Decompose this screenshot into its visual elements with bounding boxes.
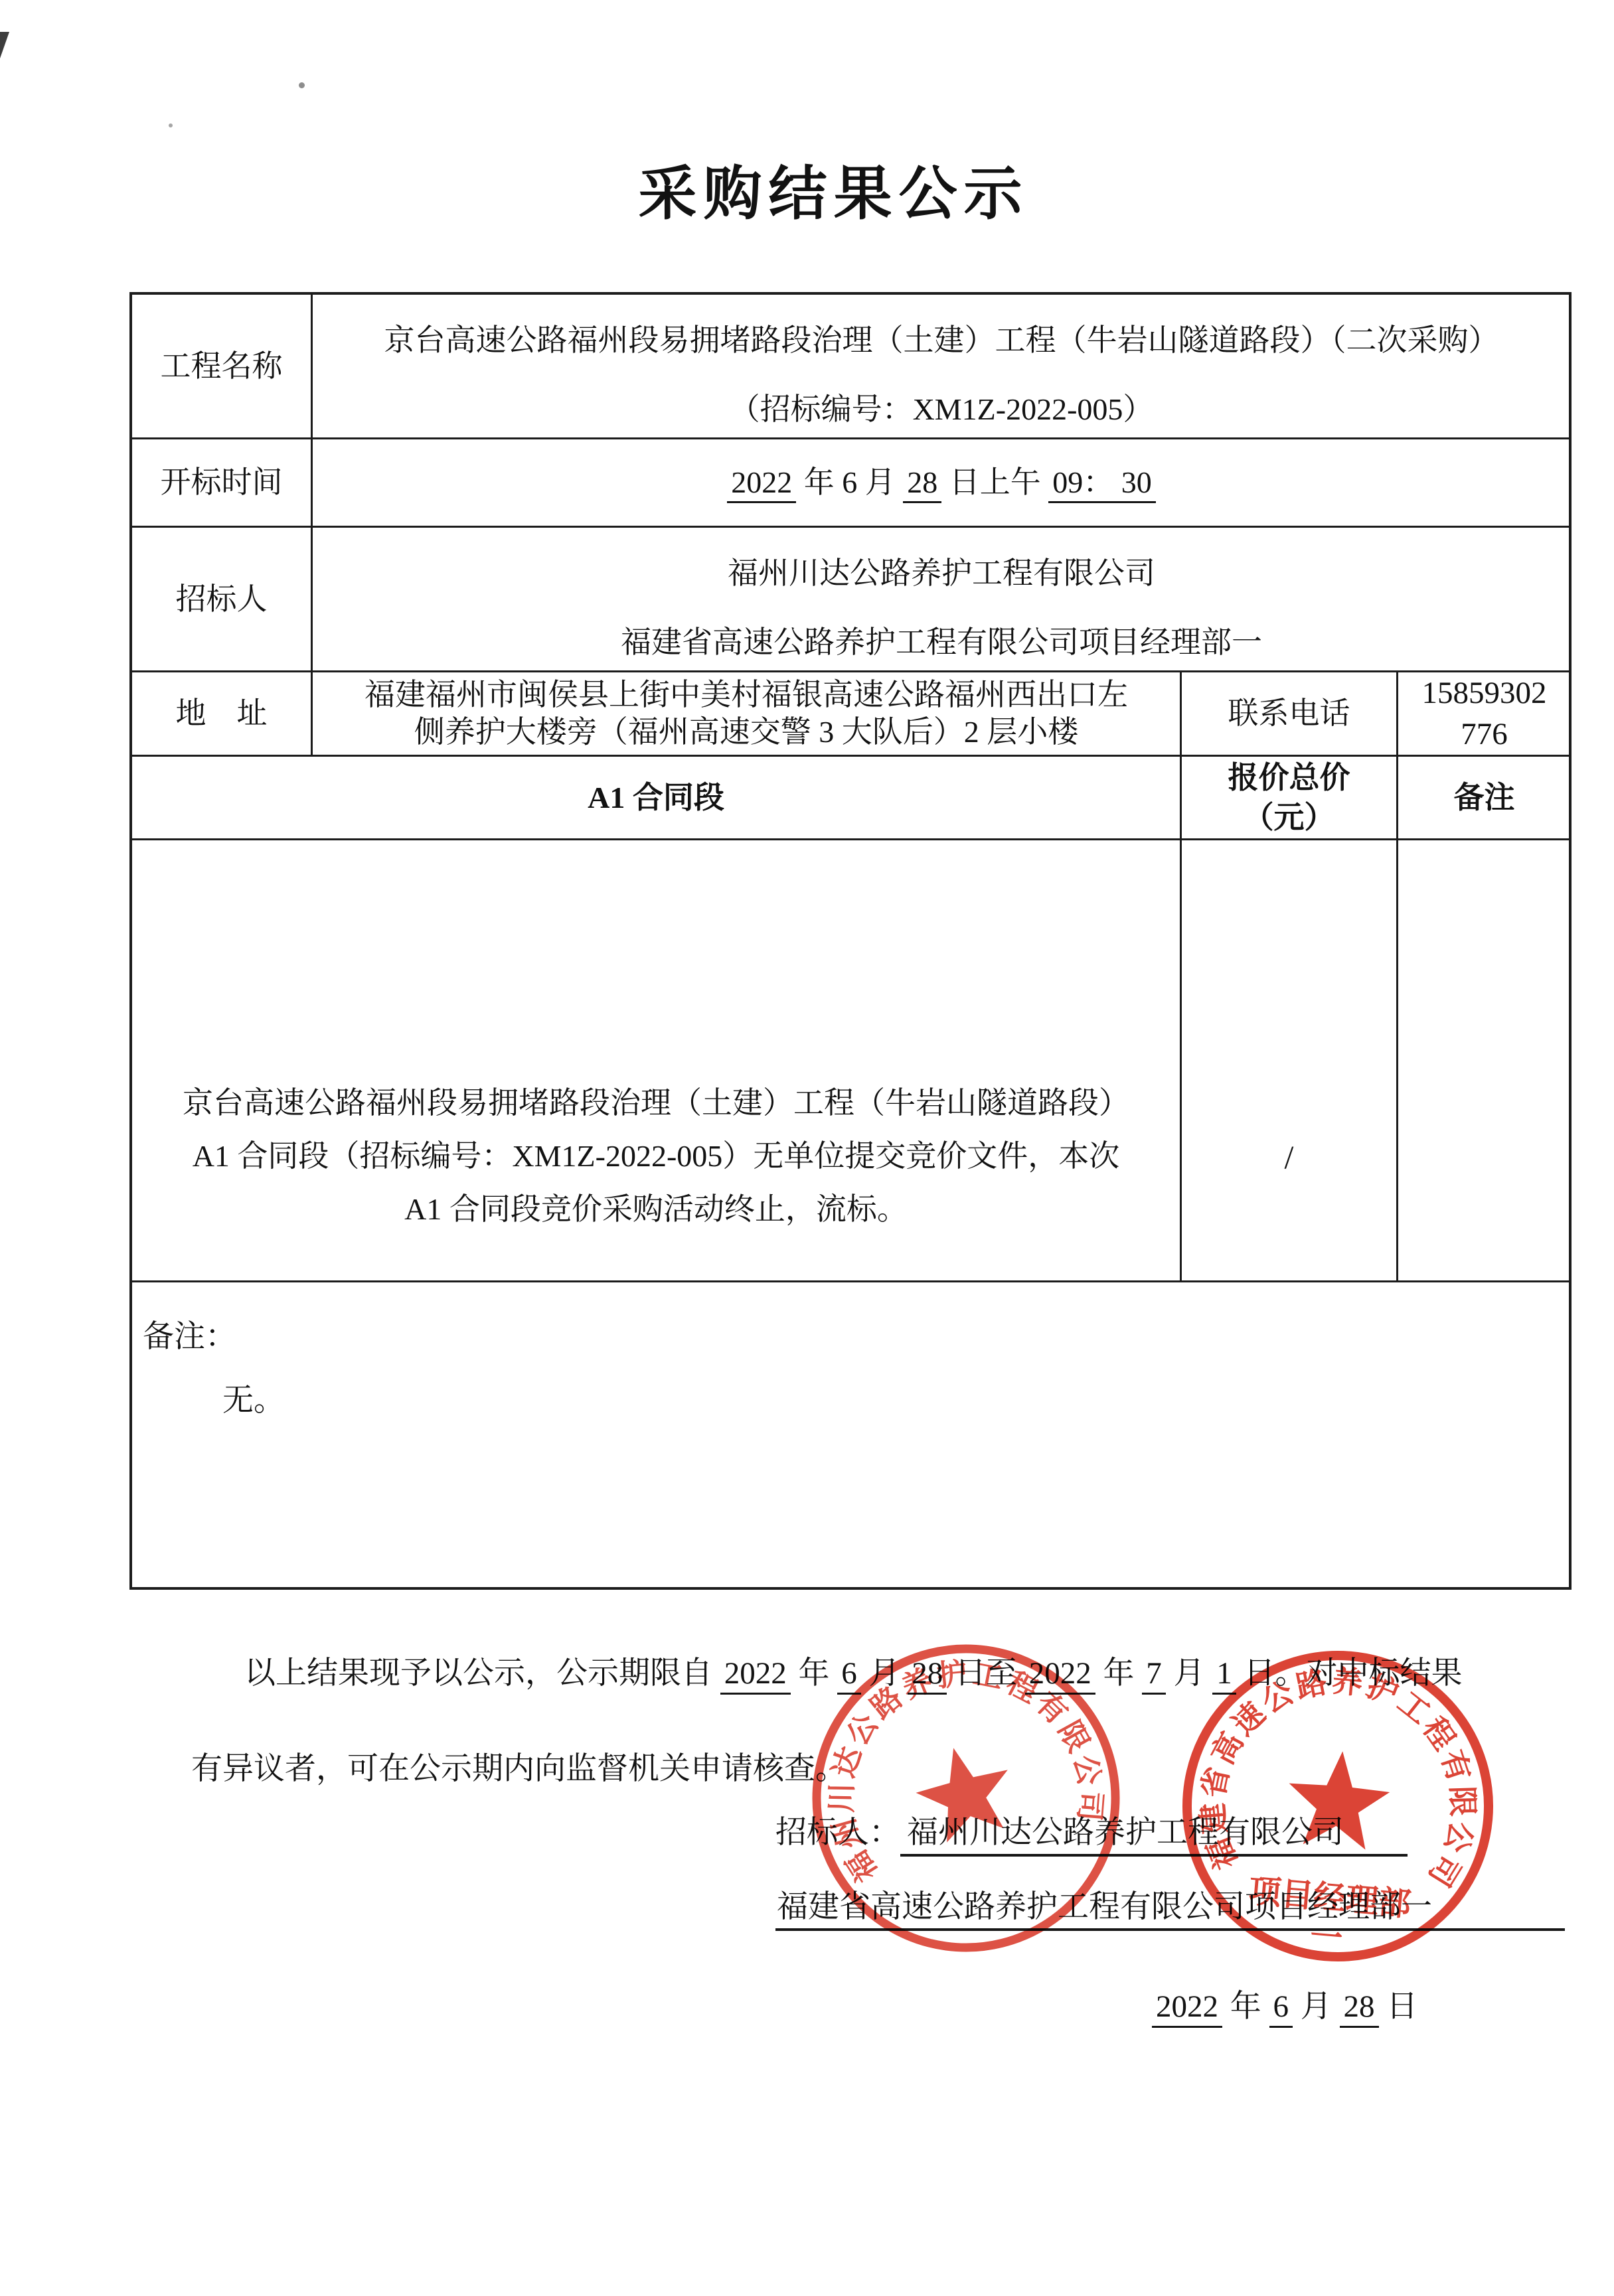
remark-value: [1398, 840, 1570, 1282]
remark-header: 备注: [1398, 757, 1570, 840]
note-label: 备注：: [143, 1305, 1570, 1369]
publicity-paragraph-line2: 有异议者，可在公示期内向监督机关申请核查。: [191, 1746, 847, 1792]
star-icon: [1284, 1747, 1393, 1851]
note-row: 备注： 无。: [132, 1282, 1570, 1587]
scan-dot-artifact: [299, 82, 305, 88]
signature-date: 2022 年 6 月 28 日: [1152, 1983, 1417, 2030]
company-seal-left: 福州川达公路养护工程有限公司: [803, 1636, 1129, 1961]
page-title: 采购结果公示: [27, 158, 1614, 232]
publicity-start-year: 2022: [720, 1656, 791, 1695]
tenderee-label: 招标人: [132, 528, 313, 672]
note-value: 无。: [222, 1369, 1570, 1432]
result-line3: A1 合同段竞价采购活动终止，流标。: [145, 1183, 1167, 1236]
open-time-day: 28: [903, 465, 941, 503]
date-month: 6: [1269, 1989, 1293, 2028]
company-seal-right: 福建省高速公路养护工程有限公司 项目经理部 一: [1174, 1642, 1502, 1970]
tenderee-company1: 福州川达公路养护工程有限公司: [728, 554, 1155, 593]
seal-right-dept-text: 项目经理部: [1247, 1873, 1412, 1923]
address-value: 福建福州市闽侯县上街中美村福银高速公路福州西出口左侧养护大楼旁（福州高速交警 3…: [313, 672, 1182, 757]
project-name-line1: 京台高速公路福州段易拥堵路段治理（土建）工程（牛岩山隧道路段）（二次采购）: [384, 321, 1499, 360]
seal-right-dept-number: 一: [1309, 1918, 1344, 1957]
result-line2: A1 合同段（招标编号：XM1Z-2022-005）无单位提交竞价文件，本次: [145, 1130, 1167, 1183]
result-table: 工程名称 京台高速公路福州段易拥堵路段治理（土建）工程（牛岩山隧道路段）（二次采…: [129, 292, 1572, 1590]
project-name-value: 京台高速公路福州段易拥堵路段治理（土建）工程（牛岩山隧道路段）（二次采购） （招…: [313, 295, 1570, 439]
open-time-year: 2022: [727, 465, 796, 503]
result-line1: 京台高速公路福州段易拥堵路段治理（土建）工程（牛岩山隧道路段）: [145, 1077, 1167, 1130]
scan-corner-artifact: [0, 32, 9, 58]
phone-value: 15859302776: [1398, 672, 1570, 757]
open-time-value: 2022 年 6 月 28 日上午 09： 30: [313, 439, 1570, 528]
open-time-label: 开标时间: [132, 439, 313, 528]
tenderee-value: 福州川达公路养护工程有限公司 福建省高速公路养护工程有限公司项目经理部一: [313, 528, 1570, 672]
star-icon: [908, 1736, 1021, 1847]
tenderee-company2: 福建省高速公路养护工程有限公司项目经理部一: [621, 623, 1262, 662]
result-description-cell: 京台高速公路福州段易拥堵路段治理（土建）工程（牛岩山隧道路段） A1 合同段（招…: [132, 840, 1182, 1282]
document-page: 采购结果公示 工程名称 京台高速公路福州段易拥堵路段治理（土建）工程（牛岩山隧道…: [0, 0, 1614, 2296]
project-tender-no: （招标编号：XM1Z-2022-005）: [730, 390, 1154, 429]
project-name-label: 工程名称: [132, 295, 313, 439]
open-time-clock: 09： 30: [1048, 465, 1156, 503]
price-value: /: [1182, 840, 1398, 1282]
publicity-end-month: 7: [1142, 1656, 1166, 1695]
date-day: 28: [1340, 1989, 1379, 2028]
phone-label: 联系电话: [1182, 672, 1398, 757]
address-label: 地 址: [132, 672, 313, 757]
date-year: 2022: [1152, 1989, 1222, 2028]
total-price-header: 报价总价 （元）: [1182, 757, 1398, 840]
scan-dot-artifact: [169, 123, 173, 127]
contract-section-header: A1 合同段: [132, 757, 1182, 840]
